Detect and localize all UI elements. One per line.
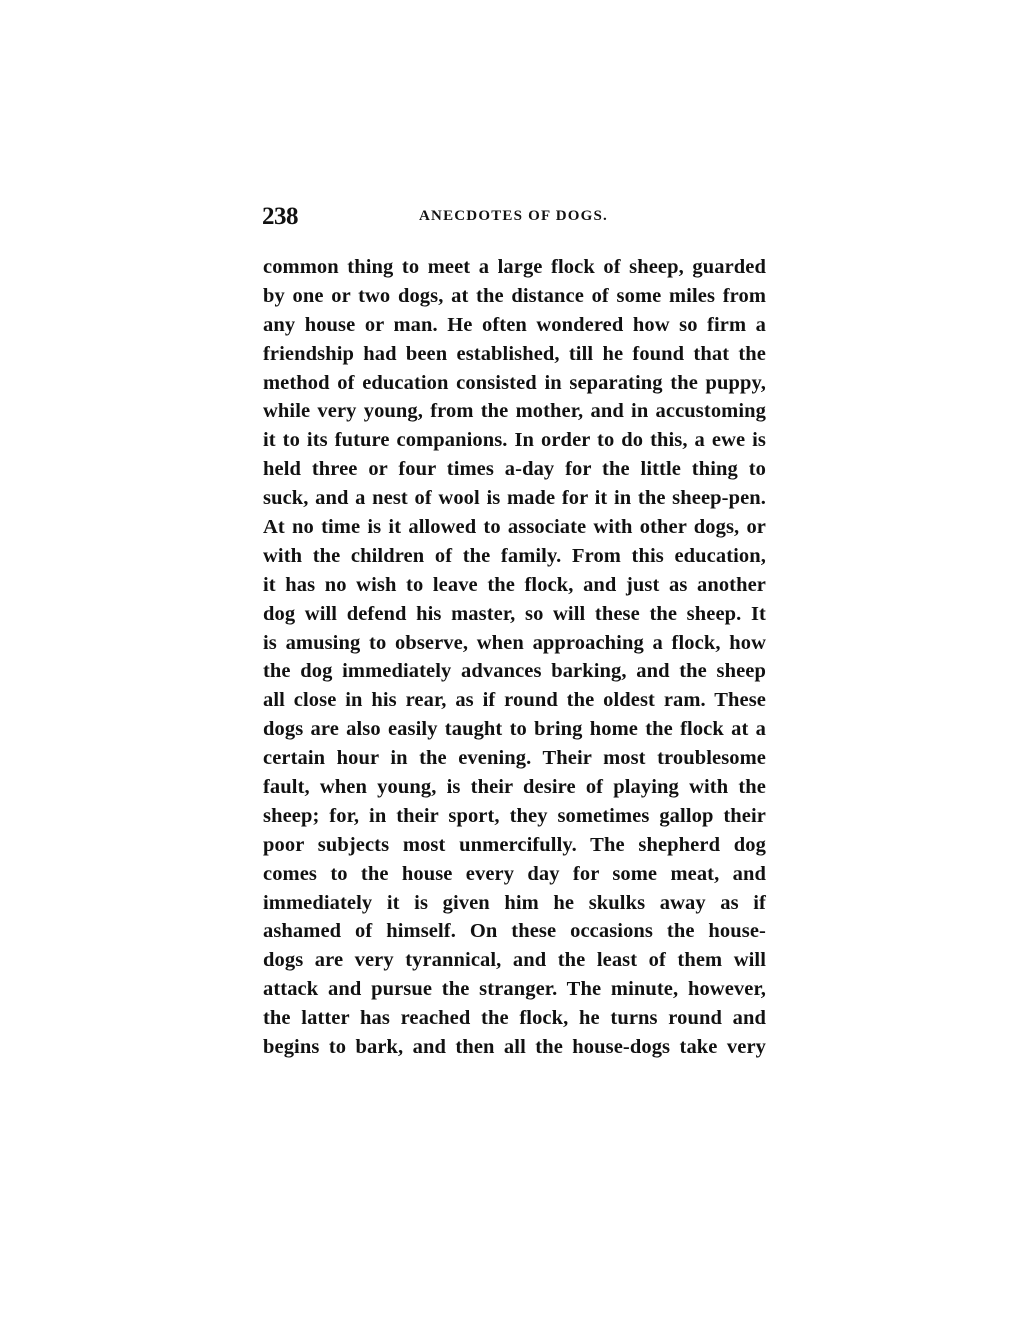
text-line: with the children of the family. From th… [263,542,766,571]
text-line: comes to the house every day for some me… [263,860,766,889]
text-line: ashamed of himself. On these occasions t… [263,917,766,946]
text-line: the latter has reached the flock, he tur… [263,1004,766,1033]
text-line: At no time is it allowed to associate wi… [263,513,766,542]
text-line: common thing to meet a large flock of sh… [263,253,766,282]
text-line: while very young, from the mother, and i… [263,397,766,426]
text-line: the dog immediately advances barking, an… [263,657,766,686]
text-line: dog will defend his master, so will thes… [263,600,766,629]
text-line: held three or four times a-day for the l… [263,455,766,484]
running-title: ANECDOTES OF DOGS. [419,208,608,225]
text-line: poor subjects most unmercifully. The she… [263,831,766,860]
text-line: sheep; for, in their sport, they sometim… [263,802,766,831]
book-page: 238 ANECDOTES OF DOGS. common thing to m… [0,0,1033,1339]
text-line: by one or two dogs, at the distance of s… [263,282,766,311]
text-line: dogs are also easily taught to bring hom… [263,715,766,744]
text-line: any house or man. He often wondered how … [263,311,766,340]
text-line: certain hour in the evening. Their most … [263,744,766,773]
text-line: method of education consisted in separat… [263,369,766,398]
text-line: friendship had been established, till he… [263,340,766,369]
text-line: is amusing to observe, when approaching … [263,629,766,658]
page-header: 238 ANECDOTES OF DOGS. [262,203,772,233]
text-line: it to its future companions. In order to… [263,426,766,455]
text-line: it has no wish to leave the flock, and j… [263,571,766,600]
text-line: fault, when young, is their desire of pl… [263,773,766,802]
text-line: all close in his rear, as if round the o… [263,686,766,715]
text-line: attack and pursue the stranger. The minu… [263,975,766,1004]
text-line: immediately it is given him he skulks aw… [263,889,766,918]
text-line: dogs are very tyrannical, and the least … [263,946,766,975]
text-line: suck, and a nest of wool is made for it … [263,484,766,513]
page-number: 238 [262,203,298,231]
body-text: common thing to meet a large flock of sh… [263,253,766,1062]
text-line: begins to bark, and then all the house-d… [263,1033,766,1062]
